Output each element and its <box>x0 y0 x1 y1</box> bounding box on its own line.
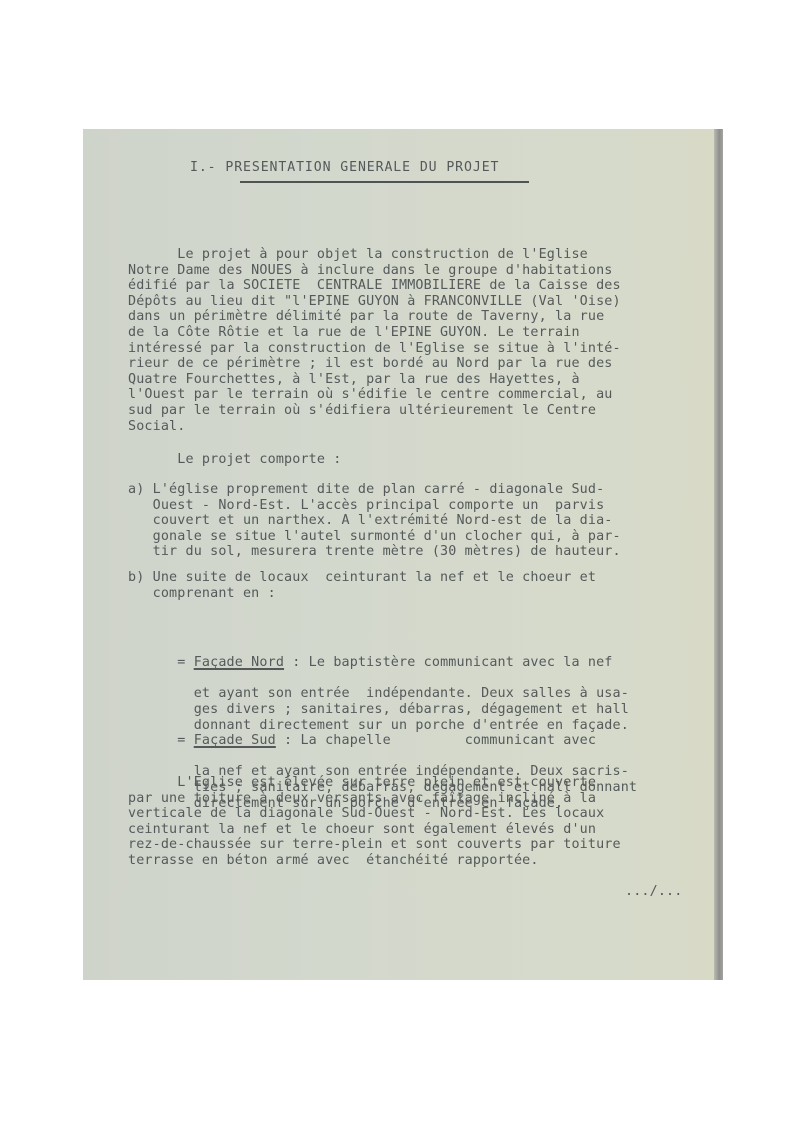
section-number: I.- <box>190 160 225 175</box>
text-line: b) Une suite de locaux ceinturant la nef… <box>128 570 596 586</box>
text-line: terrasse en béton armé avec étanchéité r… <box>128 853 621 869</box>
text-line: et ayant son entrée indépendante. Deux s… <box>128 686 629 702</box>
text-line: Dépôts au lieu dit "l'EPINE GUYON à FRAN… <box>128 294 621 310</box>
text-line: intéressé par la construction de l'Eglis… <box>128 341 621 357</box>
text-line: rieur de ce périmètre ; il est bordé au … <box>128 356 621 372</box>
facade-nord-label: Façade Nord <box>194 655 284 670</box>
item-a-paragraph: a) L'église proprement dite de plan carr… <box>128 482 621 560</box>
text-line: a) L'église proprement dite de plan carr… <box>128 482 621 498</box>
text-line: édifié par la SOCIETE CENTRALE IMMOBILIE… <box>128 278 621 294</box>
text-line: Social. <box>128 419 621 435</box>
text-line: Quatre Fourchettes, à l'Est, par la rue … <box>128 372 621 388</box>
text-line: L'Eglise est élevée sur terre plein et e… <box>128 775 621 791</box>
section-title: I.- PRESENTATION GENERALE DU PROJET <box>190 160 499 176</box>
bullet-marker: = <box>128 733 194 748</box>
facade-sud-text: : La chapelle communicant avec <box>276 733 596 748</box>
text-line: gonale se situe l'autel surmonté d'un cl… <box>128 529 621 545</box>
text-line: tir du sol, mesurera trente mètre (30 mè… <box>128 544 621 560</box>
text-line: par une toiture à deux versants avec faî… <box>128 791 621 807</box>
text-line: couvert et un narthex. A l'extrémité Nor… <box>128 513 621 529</box>
item-b-paragraph: b) Une suite de locaux ceinturant la nef… <box>128 570 596 601</box>
text-line: ceinturant la nef et le choeur sont égal… <box>128 822 621 838</box>
closing-paragraph: L'Eglise est élevée sur terre plein et e… <box>128 775 621 869</box>
text-line: de la Côte Rôtie et la rue de l'EPINE GU… <box>128 325 621 341</box>
title-underline <box>240 181 529 183</box>
text-line: l'Ouest par le terrain où s'édifie le ce… <box>128 387 621 403</box>
text-line: rez-de-chaussée sur terre-plein et sont … <box>128 837 621 853</box>
text-line: comprenant en : <box>128 586 596 602</box>
text-line: Ouest - Nord-Est. L'accès principal comp… <box>128 498 621 514</box>
text-line: Notre Dame des NOUES à inclure dans le g… <box>128 263 621 279</box>
intro-paragraph: Le projet à pour objet la construction d… <box>128 247 621 434</box>
page-edge-shadow <box>714 129 723 980</box>
facade-nord-text: : Le baptistère communicant avec la nef <box>284 655 612 670</box>
facade-sud-label: Façade Sud <box>194 733 276 748</box>
section-heading: PRESENTATION GENERALE DU PROJET <box>225 160 499 175</box>
project-components-heading: Le projet comporte : <box>128 452 342 468</box>
text-line: sud par le terrain où s'édifiera ultérie… <box>128 403 621 419</box>
continuation-mark: .../... <box>625 884 682 900</box>
text-line: verticale de la diagonale Sud-Ouest - No… <box>128 806 621 822</box>
bullet-marker: = <box>128 655 194 670</box>
text-line: dans un périmètre délimité par la route … <box>128 309 621 325</box>
text-line: Le projet à pour objet la construction d… <box>128 247 621 263</box>
